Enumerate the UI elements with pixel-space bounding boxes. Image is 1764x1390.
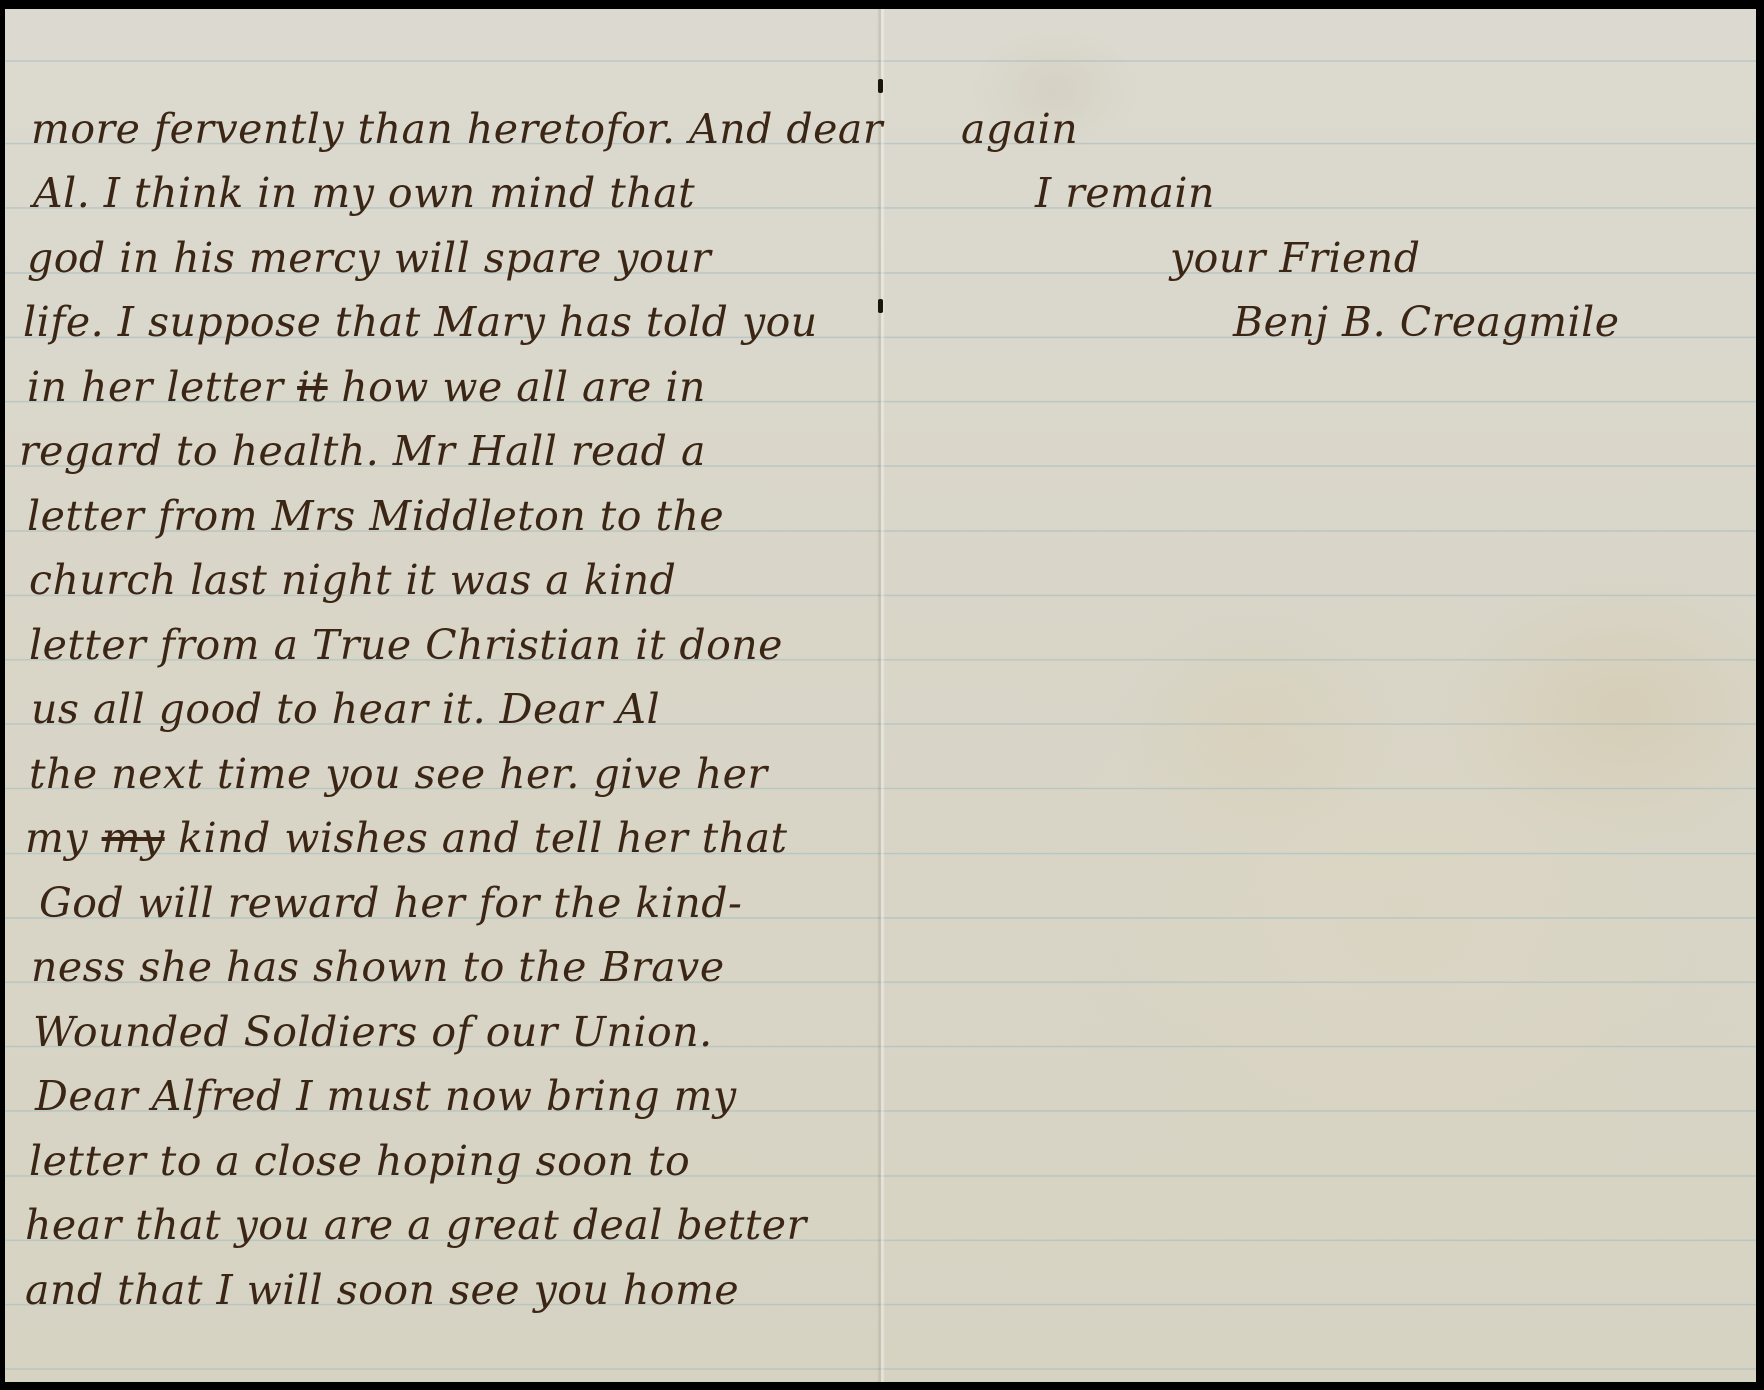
left-page: more fervently than heretofor. And dear … (5, 9, 877, 1382)
letter-line: letter from a True Christian it done (29, 625, 783, 666)
text-segment: my (25, 814, 102, 862)
signature: Benj B. Creagmile (1233, 302, 1620, 343)
letter-line: us all good to hear it. Dear Al (31, 689, 660, 730)
letter-line: the next time you see her. give her (29, 754, 768, 795)
letter-line: life. I suppose that Mary has told you (23, 302, 818, 343)
letter-line: ness she has shown to the Brave (31, 947, 725, 988)
letter-line: regard to health. Mr Hall read a (19, 431, 706, 472)
letter-line: more fervently than heretofor. And dear (31, 109, 883, 150)
letter-sheet: more fervently than heretofor. And dear … (5, 9, 1756, 1382)
letter-line: letter to a close hoping soon to (29, 1141, 690, 1182)
text-segment: kind wishes and tell her that (165, 814, 788, 862)
text-segment: in her letter (27, 363, 297, 411)
letter-line: Al. I think in my own mind that (33, 173, 695, 214)
closing-line: I remain (1035, 173, 1215, 214)
closing-line: again (961, 109, 1078, 150)
text-segment: how we all are in (328, 363, 706, 411)
letter-line: in her letter it how we all are in (27, 367, 706, 408)
letter-line: Dear Alfred I must now bring my (35, 1076, 737, 1117)
letter-line: my my kind wishes and tell her that (25, 818, 788, 859)
letter-line: church last night it was a kind (29, 560, 676, 601)
center-fold (877, 9, 885, 1382)
struck-text: it (297, 363, 328, 411)
closing-line: your Friend (1170, 238, 1420, 279)
letter-line: hear that you are a great deal better (25, 1205, 807, 1246)
pinhole-mark (878, 79, 883, 93)
struck-text: my (102, 814, 165, 862)
letter-line: and that I will soon see you home (25, 1270, 739, 1311)
letter-line: God will reward her for the kind- (39, 883, 742, 924)
letter-line: Wounded Soldiers of our Union. (33, 1012, 713, 1053)
pinhole-mark (878, 299, 883, 313)
right-page: again I remain your Friend Benj B. Creag… (885, 9, 1756, 1382)
letter-line: letter from Mrs Middleton to the (27, 496, 724, 537)
letter-line: god in his mercy will spare your (27, 238, 711, 279)
